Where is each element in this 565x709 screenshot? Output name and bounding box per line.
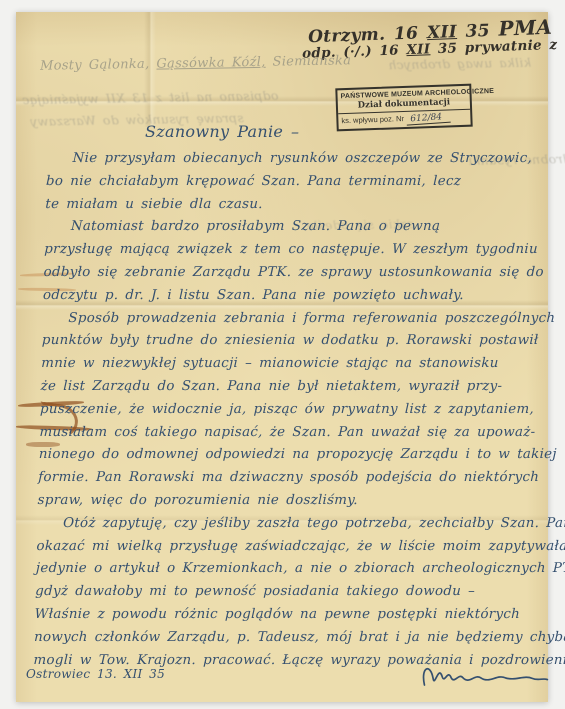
letter-line: nionego do odmownej odpowiedzi na propoz… <box>39 444 550 467</box>
scanned-letter-page: odpisano na list z 13 XII wyjaśniając sp… <box>0 0 565 709</box>
letter-line: puszczenie, że widocznie ja, pisząc ów p… <box>40 399 551 422</box>
letter-line: musiałam coś takiego napisać, że Szan. P… <box>39 422 550 445</box>
letter-line: Otóż zapytuję, czy jeśliby zaszła tego p… <box>37 513 548 536</box>
letter-line: formie. Pan Rorawski ma dziwaczny sposób… <box>38 467 549 490</box>
letter-line: punktów były trudne do zniesienia w doda… <box>41 330 552 353</box>
letter-line: nowych członków Zarządu, p. Tadeusz, mój… <box>34 627 545 650</box>
pencil-note-text: Siemianska <box>265 53 351 69</box>
letter-line: jedynie o artykuł o Krzemionkach, a nie … <box>36 558 547 581</box>
letter-line: odczytu p. dr. J. i listu Szan. Pana nie… <box>43 285 554 308</box>
letter-line: okazać mi wielką przysługę zaświadczając… <box>36 536 547 559</box>
letter-line: przysługę mającą związek z tem co następ… <box>44 239 555 262</box>
letter-line: mnie w niezwykłej sytuacji – mianowicie … <box>41 353 552 376</box>
museum-stamp: PAŃSTWOWE MUZEUM ARCHEOLOGICZNE Dział do… <box>335 84 472 132</box>
letter-line: Sposób prowadzenia zebrania i forma refe… <box>42 308 553 331</box>
date-line: Ostrowiec 13. XII 35 <box>26 667 165 681</box>
stamp-entry-label: ks. wpływu poz. Nr <box>341 114 404 125</box>
greeting: Szanowny Panie – <box>145 122 299 141</box>
letter-line: odbyło się zebranie Zarządu PTK. ze spra… <box>43 262 554 285</box>
letter-line: że list Zarządu do Szan. Pana nie był ni… <box>40 376 551 399</box>
stamp-entry-number: 612/84 <box>406 112 450 126</box>
letter-line: bo nie chciałabym krępować Szan. Pana te… <box>46 171 557 194</box>
letter-line: Nie przysyłam obiecanych rysunków oszcze… <box>46 148 557 171</box>
letter-line: gdyż dawałoby mi to pewność posiadania t… <box>35 581 546 604</box>
letter-line: spraw, więc do porozumienia nie doszliśm… <box>37 490 548 513</box>
pencil-note-text: Mosty Gąlonka, <box>40 57 157 74</box>
letter-line: Właśnie z powodu różnic poglądów na pewn… <box>34 604 545 627</box>
signature-flourish <box>413 648 550 697</box>
signature <box>413 648 550 701</box>
paper: odpisano na list z 13 XII wyjaśniając sp… <box>16 12 548 702</box>
letter-line: Natomiast bardzo prosiłabym Szan. Pana o… <box>44 216 555 239</box>
pencil-note: Mosty Gąlonka, Gąssówka Kóźl, Siemianska <box>40 53 351 73</box>
letter-body: Nie przysyłam obiecanych rysunków oszcze… <box>33 148 557 672</box>
reply-roman-numeral: XII <box>406 41 431 58</box>
pencil-note-underlined: Gąssówka Kóźl, <box>156 55 265 72</box>
letter-line: te miałam u siebie dla czasu. <box>45 194 556 217</box>
